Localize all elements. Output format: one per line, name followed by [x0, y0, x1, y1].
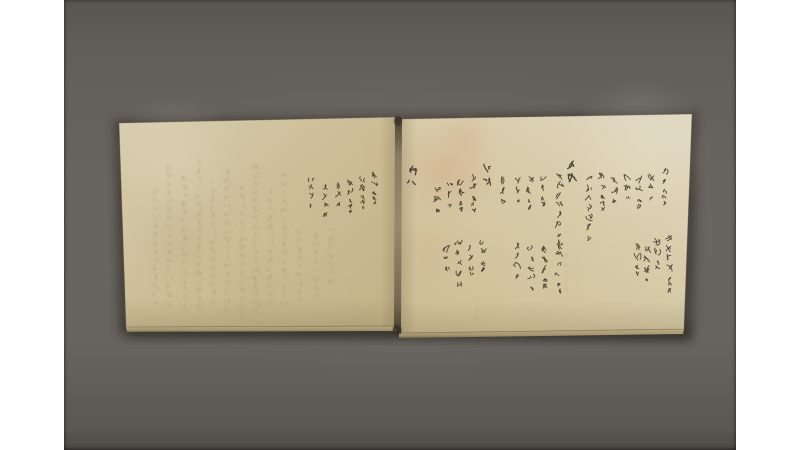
gutter-knot-top: [394, 116, 402, 126]
right-bottom-shade: [399, 300, 686, 333]
pink-stain-small: [444, 110, 492, 158]
manuscript-photo: [0, 0, 800, 450]
book-gutter: [394, 117, 402, 334]
page-root: [0, 0, 800, 450]
left-bottom-shade: [122, 298, 398, 327]
gutter-knot-bottom: [393, 325, 402, 335]
book: [113, 78, 712, 341]
